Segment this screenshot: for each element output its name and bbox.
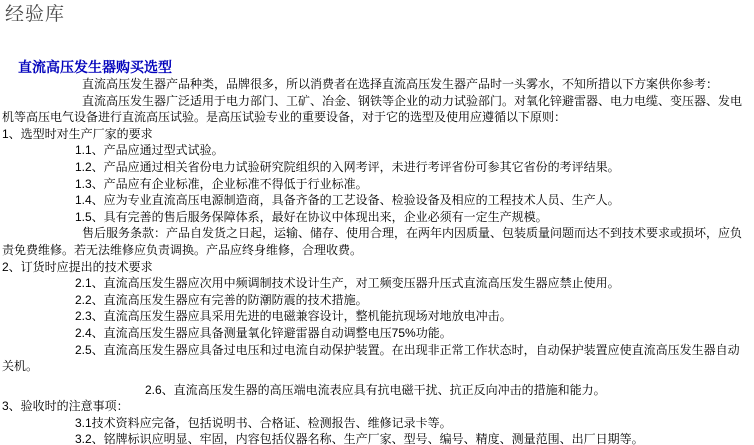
text-line: 3、验收时的注意事项： [2,398,754,415]
text-line: 直流高压发生器广泛适用于电力部门、工矿、冶金、钢铁等企业的动力试验部门。对氧化锌… [2,93,754,110]
article-body: 直流高压发生器产品种类，品牌很多，所以消费者在选择直流高压发生器产品时一头雾水，… [2,76,754,445]
text-line: 责免费维修。若无法维修应负责调换。产品应终身维修，合理收费。 [2,242,754,259]
text-line: 1.4、应为专业直流高压电源制造商，具备齐备的工艺设备、检验设备及相应的工程技术… [2,192,754,209]
text-line: 1.2、产品应通过相关省份电力试验研究院组织的入网考评，未进行考评省份可参其它省… [2,159,754,176]
page-title: 经验库 [5,4,65,26]
text-line: 3.1技术资料应完备，包括说明书、合格证、检测报告、维修记录卡等。 [2,415,754,432]
text-line: 直流高压发生器产品种类，品牌很多，所以消费者在选择直流高压发生器产品时一头雾水，… [2,76,754,93]
text-line: 1.5、具有完善的售后服务保障体系，最好在协议中体现出来，企业必须有一定生产规模… [2,209,754,226]
article-heading: 直流高压发生器购买选型 [18,59,172,75]
text-line: 售后服务条款：产品自发货之日起，运输、储存、使用合理，在两年内因质量、包装质量问… [2,225,754,242]
experience-library-page: 经验库 直流高压发生器购买选型 直流高压发生器产品种类，品牌很多，所以消费者在选… [0,0,754,445]
text-line: 2.1、直流高压发生器应次用中频调制技术设计生产，对工频变压器升压式直流高压发生… [2,275,754,292]
text-line: 1.1、产品应通过型式试验。 [2,142,754,159]
text-line: 1.3、产品应有企业标准，企业标准不得低于行业标准。 [2,176,754,193]
text-line: 机等高压电气设备进行直流高压试验。是高压试验专业的重要设备，对于它的选型及使用应… [2,109,754,126]
text-line: 2.6、直流高压发生器的高压端电流表应具有抗电磁干扰、抗正反向冲击的措施和能力。 [2,382,754,399]
text-line: 2.3、直流高压发生器应具采用先进的电磁兼容设计，整机能抗现场对地放电冲击。 [2,308,754,325]
text-line: 2、订货时应提出的技术要求 [2,259,754,276]
text-line: 3.2、铭牌标识应明显、牢固，内容包括仪器名称、生产厂家、型号、编号、精度、测量… [2,431,754,445]
text-line: 2.5、直流高压发生器应具备过电压和过电流自动保护装置。在出现非正常工作状态时，… [2,342,754,359]
text-line: 1、选型时对生产厂家的要求 [2,126,754,143]
text-line: 2.2、直流高压发生器应有完善的防潮防震的技术措施。 [2,292,754,309]
blank-line [2,375,754,382]
text-line: 关机。 [2,358,754,375]
text-line: 2.4、直流高压发生器应具备测量氧化锌避雷器自动调整电压75%功能。 [2,325,754,342]
